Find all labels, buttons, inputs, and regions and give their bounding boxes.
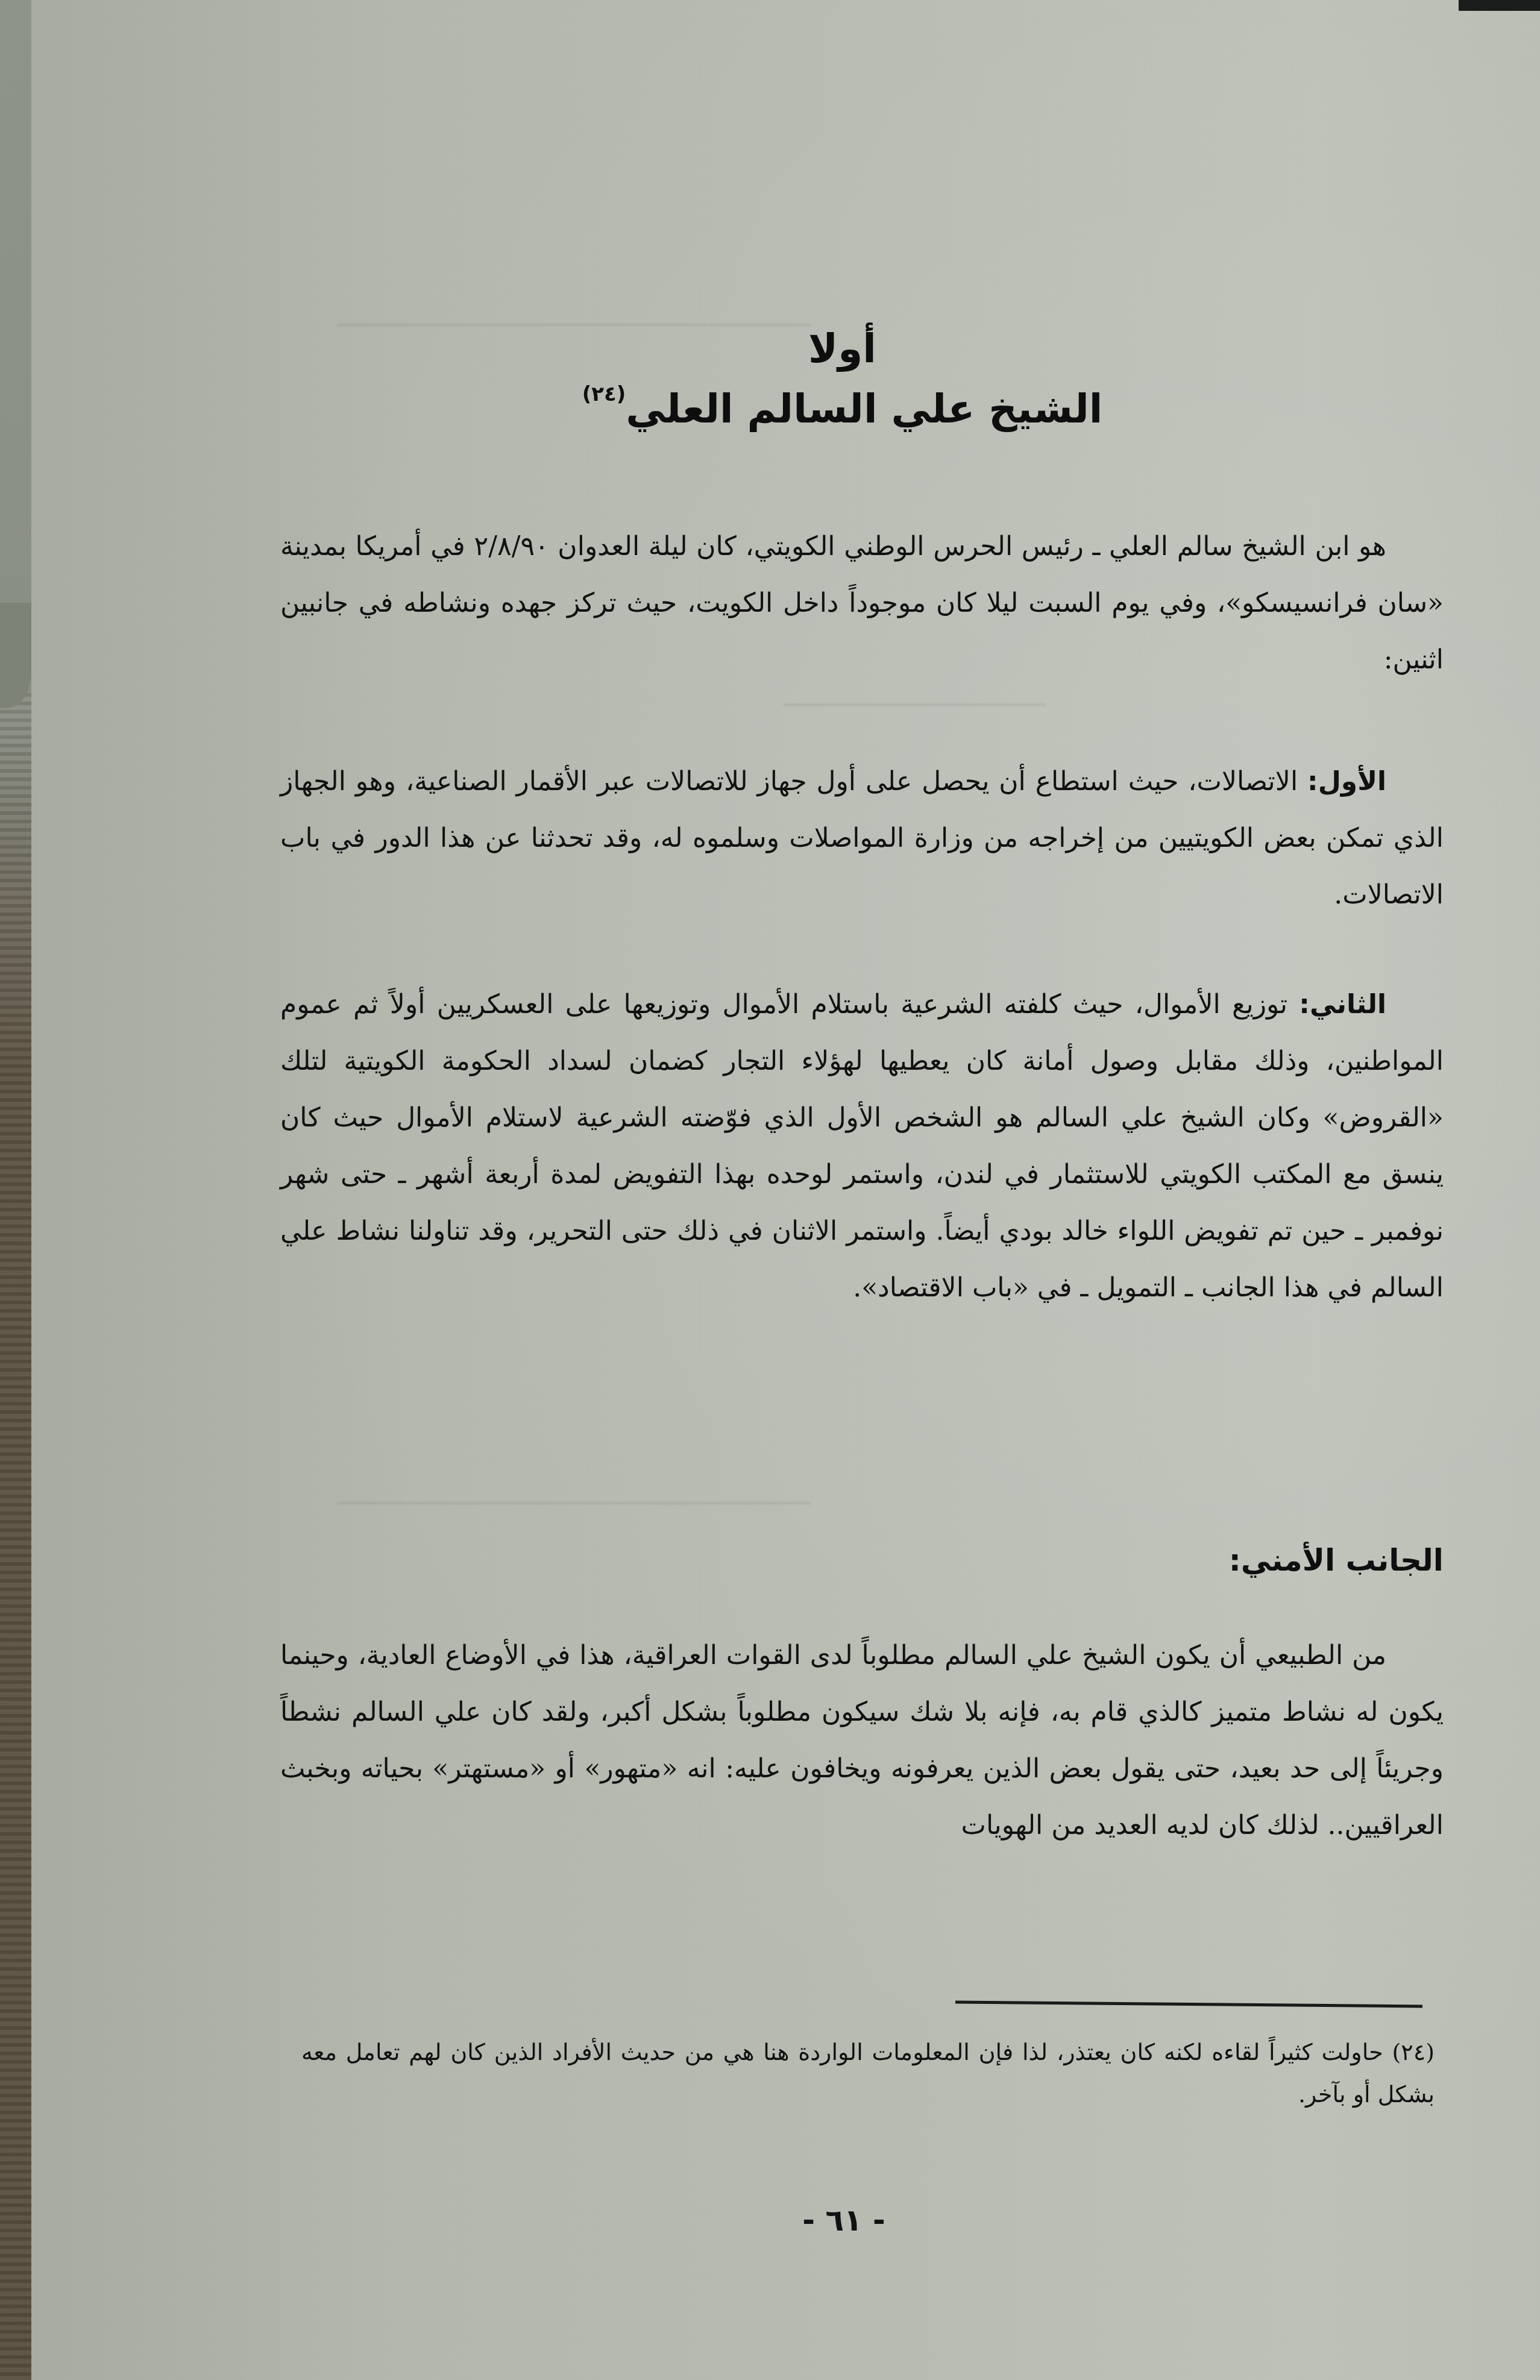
subsection-heading: الجانب الأمني: — [1229, 1543, 1444, 1578]
section-heading: أولا — [0, 325, 1540, 372]
footnote-number: (٢٤) — [1392, 2039, 1435, 2065]
paragraph-security-aspect: من الطبيعي أن يكون الشيخ علي السالم مطلو… — [280, 1627, 1444, 1854]
paragraph-label: الثاني: — [1299, 989, 1386, 1020]
chapter-title: الشيخ علي السالم العلي(٢٤) — [0, 386, 1540, 432]
footnote: (٢٤) حاولت كثيراً لقاءه لكنه كان يعتذر، … — [301, 2031, 1435, 2115]
desk-wood-grain — [0, 693, 35, 2380]
paragraph-text: من الطبيعي أن يكون الشيخ علي السالم مطلو… — [280, 1640, 1444, 1841]
chapter-title-text: الشيخ علي السالم العلي — [626, 386, 1102, 432]
paragraph-text: الاتصالات، حيث استطاع أن يحصل على أول جه… — [280, 766, 1444, 910]
footnote-reference[interactable]: (٢٤) — [582, 382, 626, 406]
background-object — [0, 603, 31, 708]
footnote-text: حاولت كثيراً لقاءه لكنه كان يعتذر، لذا ف… — [301, 2039, 1435, 2108]
page-number: - ٦١ - — [753, 2203, 934, 2238]
top-edge-shadow — [1459, 0, 1540, 11]
paragraph-label: الأول: — [1307, 766, 1386, 797]
paragraph-second-aspect: الثاني: توزيع الأموال، حيث كلفته الشرعية… — [280, 976, 1444, 1316]
bleed-through-text: ــــــــــــــــــــــــــــــــــــــــ… — [338, 1483, 811, 1510]
paragraph-text: هو ابن الشيخ سالم العلي ـ رئيس الحرس الو… — [280, 531, 1444, 675]
paragraph-text: توزيع الأموال، حيث كلفته الشرعية باستلام… — [280, 989, 1444, 1303]
paragraph-intro: هو ابن الشيخ سالم العلي ـ رئيس الحرس الو… — [280, 518, 1444, 688]
paragraph-first-aspect: الأول: الاتصالات، حيث استطاع أن يحصل على… — [280, 753, 1444, 923]
